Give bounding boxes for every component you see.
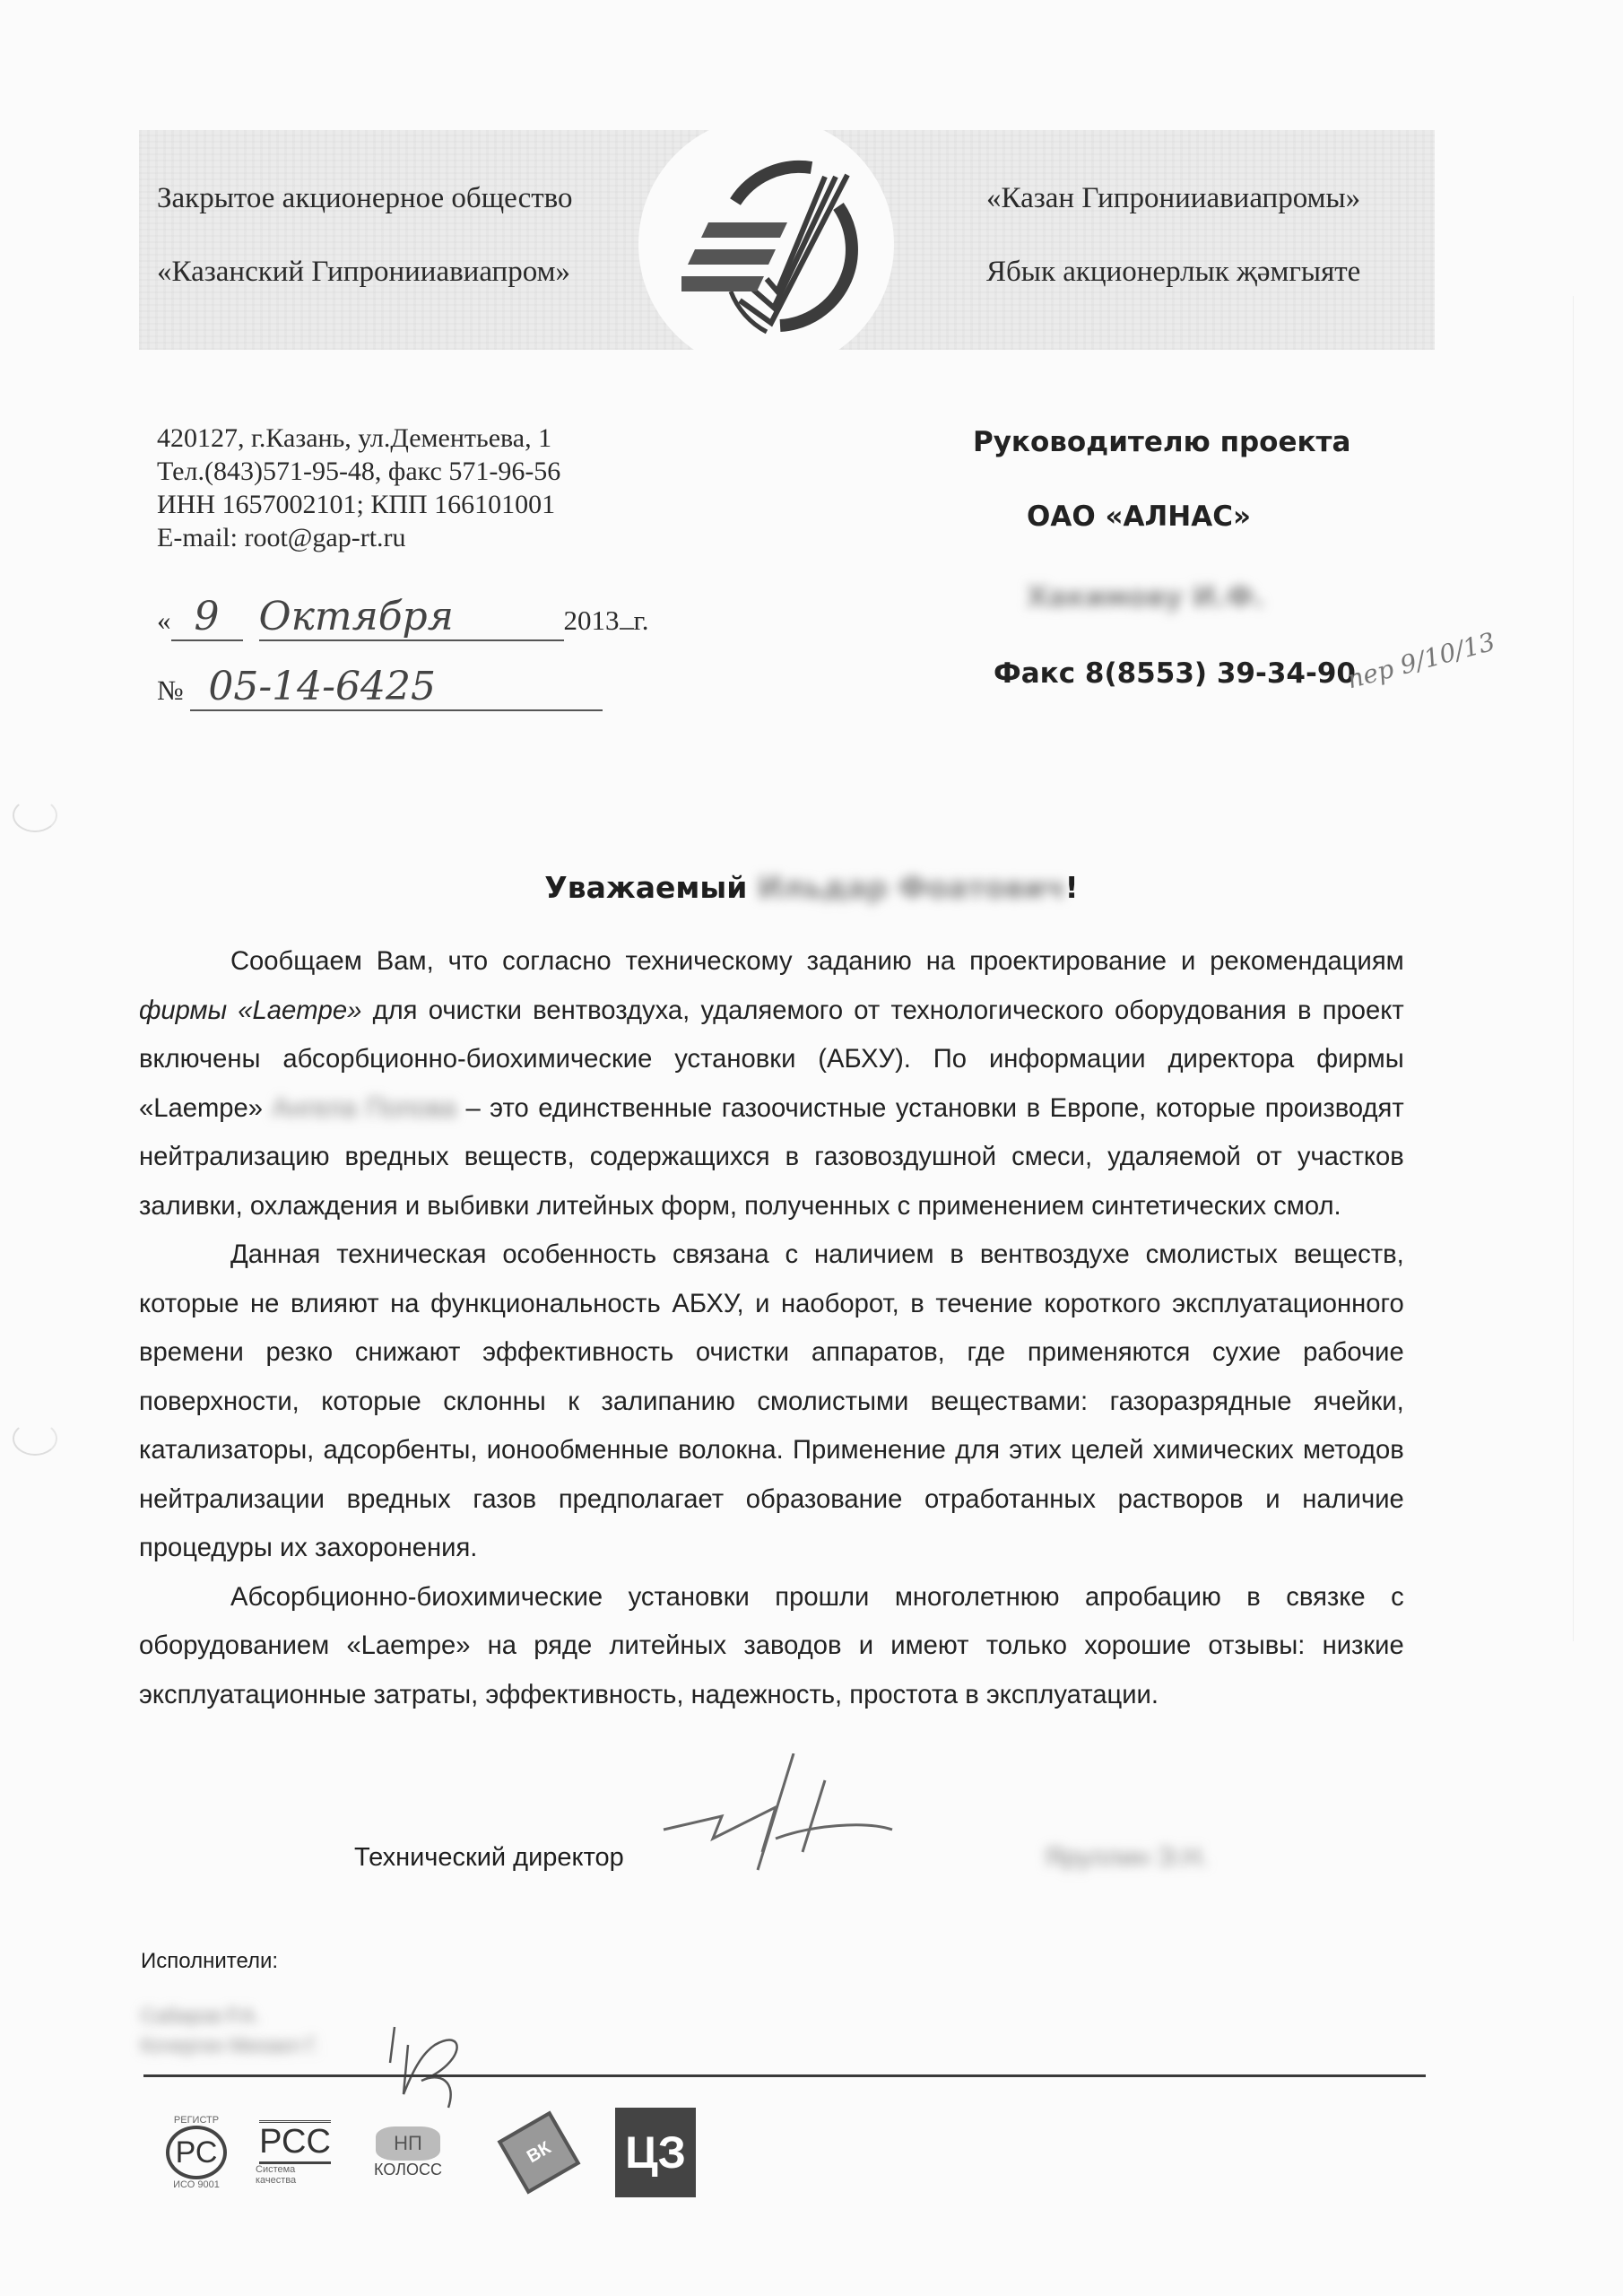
p1-text-a: Сообщаем Вам, что согласно техническому … — [230, 946, 1404, 976]
recipient-company: ОАО «АЛНАС» — [1027, 500, 1251, 533]
number-label: № — [157, 674, 184, 706]
recipient-name-redacted: Хакимову И.Ф. — [1027, 581, 1264, 613]
document-number: 05-14-6425 — [190, 664, 603, 711]
recipient-fax: Факс 8(8553) 39-34-90 — [994, 657, 1356, 690]
fax-handwritten-note: пер 9/10/13 — [1344, 627, 1498, 695]
executor-signature-icon — [386, 2009, 502, 2117]
executors-label: Исполнители: — [141, 1949, 278, 1974]
rss-logo: РСС Система качества — [256, 2108, 334, 2197]
paragraph-2: Данная техническая особенность связана с… — [139, 1231, 1404, 1573]
sender-tax-ids: ИНН 1657002101; КПП 166101001 — [157, 488, 560, 521]
logo-mark: РСС — [259, 2120, 331, 2164]
letterhead-right-line2: Ябык акционерлык җәмгыяте — [986, 257, 1360, 287]
bk-logo: ВК — [499, 2108, 578, 2197]
logo-mark: РС — [166, 2126, 227, 2179]
logo-caption: КОЛОСС — [374, 2161, 442, 2179]
date-day: 9 — [171, 594, 243, 641]
date-year: 2013 — [564, 604, 620, 636]
greeting-name-redacted: Ильдар Фоатович — [758, 870, 1065, 905]
punch-hole — [13, 798, 57, 832]
np-kolos-logo: НП КОЛОСС — [354, 2108, 462, 2197]
signatory-title: Технический директор — [354, 1843, 624, 1873]
sender-email: E-mail: root@gap-rt.ru — [157, 521, 560, 554]
tsz-logo: ЦЗ — [616, 2108, 695, 2197]
logo-mark: ВК — [498, 2111, 581, 2195]
logo-caption: РЕГИСТР — [174, 2115, 219, 2126]
signatory-name-redacted: Яруллин Э.Н. — [1045, 1843, 1209, 1873]
letterhead-left-line1: Закрытое акционерное общество — [157, 184, 573, 213]
paragraph-1: Сообщаем Вам, что согласно техническому … — [139, 937, 1404, 1231]
punch-hole — [13, 1422, 57, 1456]
document-number-line: № 05-14-6425 — [157, 664, 603, 711]
executor-1-redacted: Сабиров Р.А. — [141, 2005, 260, 2028]
letterhead-left-line2: «Казанский Гипронииавиапром» — [157, 257, 570, 287]
company-logo-icon — [681, 157, 870, 336]
logo-mark: ЦЗ — [615, 2108, 696, 2197]
executor-2-redacted: Кочергин Михаил Г. — [141, 2034, 319, 2057]
recipient-title: Руководителю проекта — [973, 426, 1350, 458]
logo-mark: НП — [376, 2126, 440, 2161]
signature-icon — [659, 1753, 910, 1879]
date-quote: « — [157, 604, 171, 636]
scan-edge-line — [1573, 296, 1574, 1641]
p1-italic-company: фирмы «Laempe» — [139, 996, 361, 1025]
p1-redacted-name: Ангела Попова — [273, 1093, 456, 1123]
certification-logos: РЕГИСТР РС ИСО 9001 РСС Система качества… — [157, 2108, 695, 2197]
paragraph-3: Абсорбционно-биохимические установки про… — [139, 1573, 1404, 1720]
letterhead-right-line1: «Казан Гипронииавиапромы» — [986, 184, 1360, 213]
sender-block: 420127, г.Казань, ул.Дементьева, 1 Тел.(… — [157, 422, 560, 554]
date-suffix: г. — [634, 604, 649, 636]
greeting-prefix: Уважаемый — [544, 870, 758, 905]
letter-body: Сообщаем Вам, что согласно техническому … — [139, 937, 1404, 1719]
logo-caption: Система качества — [256, 2164, 334, 2186]
footer-divider — [143, 2074, 1426, 2077]
greeting-suffix: ! — [1065, 870, 1079, 905]
sender-phone: Тел.(843)571-95-48, факс 571-96-56 — [157, 455, 560, 488]
date-month: Октября — [259, 594, 564, 641]
date-line: «9Октября2013г. — [157, 594, 648, 641]
sender-address: 420127, г.Казань, ул.Дементьева, 1 — [157, 422, 560, 455]
logo-caption: ИСО 9001 — [173, 2179, 220, 2190]
greeting: Уважаемый Ильдар Фоатович! — [0, 870, 1623, 905]
rst-iso-9001-logo: РЕГИСТР РС ИСО 9001 — [157, 2108, 236, 2197]
